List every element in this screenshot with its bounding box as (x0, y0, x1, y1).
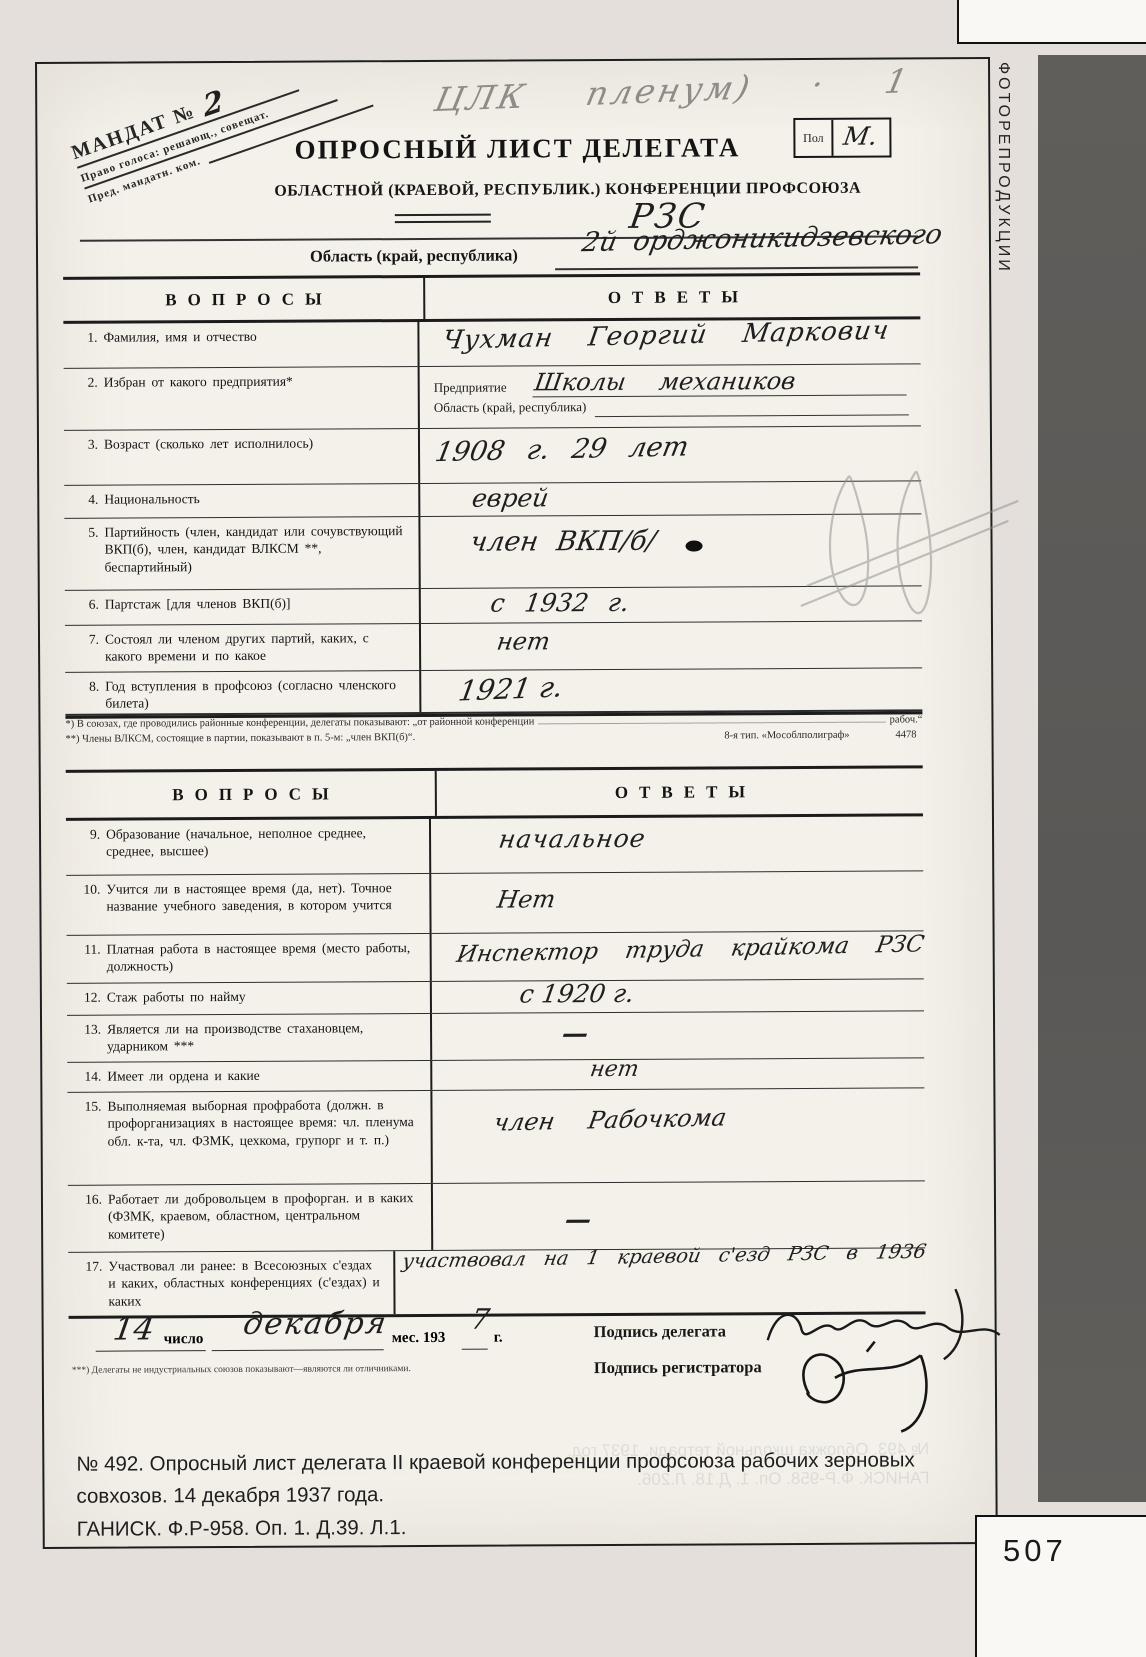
handwritten-answer: с 1920 г. (518, 979, 637, 1009)
question-text: Учится ли в настоящее время (да, нет). Т… (106, 879, 417, 935)
underline-decoration (395, 214, 491, 224)
question-cell: 6.Партстаж [для членов ВКП(б)] (65, 589, 419, 625)
answers-header: ОТВЕТЫ (424, 275, 921, 319)
question-cell: 8.Год вступления в профсоюз (согласно чл… (65, 671, 419, 716)
questionnaire-table-2: ВОПРОСЫ ОТВЕТЫ 9.Образование (начальное,… (66, 765, 926, 1318)
mandate-stamp: МАНДАТ №2 Право голоса: решающ., совещат… (65, 38, 364, 206)
handwritten-answer: нет (588, 1057, 640, 1082)
question-cell: 2.Избран от какого предприятия* (64, 367, 418, 430)
table-row: 10.Учится ли в настоящее время (да, нет)… (66, 871, 923, 935)
handwritten-answer: начальное (497, 824, 648, 854)
region-label: Область (край, республика) (310, 245, 518, 266)
question-number: 11. (75, 941, 107, 983)
handwritten-answer: член ВКП/б/ (468, 526, 658, 558)
table-row: 13.Является ли на производстве стахановц… (67, 1011, 924, 1062)
date-day-label: число (164, 1331, 204, 1348)
footnote-1-tail: рабоч.“ (890, 714, 923, 725)
handwritten-note: ЦЛК пленум) · 1 (431, 61, 914, 119)
date-month-label: мес. 193 (392, 1330, 446, 1347)
document-title: ОПРОСНЫЙ ЛИСТ ДЕЛЕГАТА (217, 132, 817, 166)
question-number: 12. (75, 989, 107, 1015)
question-text: Избран от какого предприятия* (104, 373, 293, 430)
question-number: 17. (76, 1258, 108, 1316)
date-year-digit: 7 (469, 1303, 492, 1336)
blank-line (212, 1349, 384, 1351)
answer-cell: — (430, 1011, 924, 1060)
handwritten-answer: — (560, 1019, 591, 1049)
footnote-2-text: **) Члены ВЛКСМ, состоящие в партии, пок… (66, 732, 416, 745)
dotted-leader (538, 722, 885, 725)
document-subtitle: ОБЛАСТНОЙ (КРАЕВОЙ, РЕСПУБЛИК.) КОНФЕРЕН… (233, 179, 903, 201)
handwritten-answer: Школы механиков (532, 366, 911, 397)
answer-cell: нет (419, 621, 922, 670)
question-text: Возраст (сколько лет исполнилось) (104, 435, 313, 485)
question-number: 15. (75, 1098, 107, 1185)
answer-cell: Чухман Георгий Маркович (417, 319, 920, 366)
table-row: 6.Партстаж [для членов ВКП(б)] с 1932 г. (65, 586, 922, 625)
questions-header: ВОПРОСЫ (63, 288, 423, 310)
print-info: 8-я тип. «Мособлполиграф» 4478 (724, 729, 922, 741)
question-cell: 11.Платная работа в настоящее время (мес… (67, 934, 430, 983)
table-row: 1.Фамилия, имя и отчество Чухман Георгий… (63, 319, 920, 368)
question-cell: 4.Национальность (64, 484, 418, 518)
question-cell: 12.Стаж работы по найму (67, 982, 430, 1015)
handwritten-answer: — (563, 1205, 594, 1235)
rule-line (555, 266, 918, 270)
question-text: Образование (начальное, неполное среднее… (106, 824, 417, 875)
gutter-bar (1038, 55, 1146, 1502)
registrar-signature-label: Подпись регистратора (594, 1357, 762, 1378)
question-number: 8. (73, 678, 105, 716)
question-cell: 16.Работает ли добровольцем в профорган.… (68, 1184, 431, 1252)
answer-cell: с 1920 г. (430, 979, 924, 1013)
question-number: 5. (72, 524, 104, 590)
handwritten-answer: с 1932 г. (489, 588, 632, 618)
print-house: 8-я тип. «Мособлполиграф» (724, 730, 849, 742)
question-number: 4. (72, 491, 104, 518)
table-header: ВОПРОСЫ ОТВЕТЫ (66, 768, 923, 820)
date-year-suffix: г. (494, 1330, 503, 1347)
answer-cell: Инспектор труда крайкома РЗС (430, 931, 924, 981)
blank-line (594, 400, 909, 417)
table-row: 15.Выполняемая выборная профработа (долж… (67, 1088, 924, 1185)
table-row: 3.Возраст (сколько лет исполнилось) 1908… (64, 426, 921, 485)
side-margin-label: ФОТОРЕПРОДУКЦИИ (994, 62, 1012, 274)
registrar-signature (779, 1331, 970, 1442)
ink-blot (686, 540, 703, 551)
print-number: 4478 (896, 729, 917, 740)
handwritten-answer: член Рабочкома (492, 1103, 729, 1136)
footnotes-block: *) В союзах, где проводились районные ко… (65, 709, 922, 744)
answer-cell: Нет (429, 871, 923, 933)
enterprise-label: Предприятие (434, 380, 507, 398)
photo-caption: № 492. Опросный лист делегата II краевой… (76, 1444, 931, 1546)
page-number: 507 (1003, 1533, 1146, 1569)
answers-header: ОТВЕТЫ (435, 768, 923, 816)
question-cell: 3.Возраст (сколько лет исполнилось) (64, 429, 418, 485)
blank-line (96, 1350, 206, 1352)
handwritten-answer: нет (495, 627, 552, 655)
question-number: 9. (74, 826, 106, 875)
answer-cell: — (431, 1181, 925, 1250)
caption-text: № 492. Опросный лист делегата II краевой… (76, 1444, 931, 1513)
table-header: ВОПРОСЫ ОТВЕТЫ (63, 275, 920, 323)
question-number: 1. (71, 329, 103, 368)
handwritten-answer: Нет (495, 885, 557, 913)
question-cell: 5.Партийность (член, кандидат или сочувс… (64, 517, 418, 590)
table-row: 12.Стаж работы по найму с 1920 г. (67, 979, 924, 1015)
footnote-3: ***) Делегаты не индустриальных союзов п… (72, 1363, 532, 1375)
handwritten-answer: 1921 г. (456, 670, 566, 707)
table-row: 7.Состоял ли членом других партий, каких… (65, 621, 922, 672)
question-text: Год вступления в профсоюз (согласно член… (105, 676, 407, 716)
table-row: 9.Образование (начальное, неполное средн… (66, 816, 923, 875)
mandate-number-value: 2 (201, 82, 226, 124)
answer-cell: нет (430, 1058, 924, 1090)
pencil-scribble (794, 457, 1025, 618)
region-sub-line: Область (край, республика) (420, 395, 921, 418)
handwritten-answer: еврей (470, 483, 551, 512)
region-sub-label: Область (край, республика) (434, 399, 587, 418)
question-number: 13. (75, 1021, 107, 1062)
question-cell: 9.Образование (начальное, неполное средн… (66, 819, 429, 875)
question-text: Партийность (член, кандидат или сочувств… (104, 522, 406, 590)
question-text: Состоял ли членом других партий, каких, … (105, 629, 407, 672)
question-number: 7. (73, 631, 105, 672)
handwritten-answer: 1908 г. 29 лет (433, 431, 692, 468)
question-cell: 7.Состоял ли членом других партий, каких… (65, 624, 419, 672)
answer-cell: член Рабочкома (430, 1088, 924, 1183)
date-month-value: декабря (241, 1306, 390, 1342)
question-text: Работает ли добровольцем в профорган. и … (108, 1189, 419, 1252)
page-number-box: 507 (975, 1515, 1146, 1657)
question-number: 2. (72, 374, 104, 430)
question-number: 16. (76, 1191, 108, 1252)
answer-cell: 1921 г. (419, 668, 922, 714)
question-number: 10. (74, 881, 106, 935)
question-text: Фамилия, имя и отчество (103, 328, 257, 368)
answer-cell: начальное (429, 816, 923, 873)
top-right-frame (957, 0, 1146, 44)
blank-line (462, 1349, 488, 1350)
question-cell: 13.Является ли на производстве стахановц… (67, 1014, 430, 1062)
question-cell: 14.Имеет ли ордена и какие (67, 1061, 430, 1092)
question-cell: 10.Учится ли в настоящее время (да, нет)… (66, 874, 429, 935)
question-number: 6. (73, 596, 105, 625)
date-day-value: 14 (111, 1309, 158, 1347)
question-cell: 1.Фамилия, имя и отчество (63, 322, 417, 368)
questions-header: ВОПРОСЫ (66, 783, 435, 805)
table-row: 8.Год вступления в профсоюз (согласно чл… (65, 668, 922, 715)
enterprise-line: Предприятие Школы механиков (420, 364, 921, 398)
question-text: Партстаж [для членов ВКП(б)] (105, 595, 291, 625)
question-text: Выполняемая выборная профработа (должн. … (107, 1096, 418, 1185)
table-row: 5.Партийность (член, кандидат или сочувс… (64, 514, 921, 590)
question-number: 3. (72, 436, 104, 485)
question-text: Национальность (104, 490, 200, 517)
handwritten-answer: Инспектор труда крайкома РЗС (455, 931, 926, 968)
question-cell: 15.Выполняемая выборная профработа (долж… (67, 1091, 430, 1185)
sex-value: М. (831, 120, 880, 156)
table-row: 4.Национальность еврей (64, 481, 921, 518)
handwritten-answer: Чухман Георгий Маркович (441, 316, 892, 356)
answer-cell: Предприятие Школы механиков Область (кра… (418, 364, 921, 428)
table-row: 2.Избран от какого предприятия* Предприя… (64, 364, 921, 430)
question-text: Является ли на производстве стахановцем,… (107, 1019, 418, 1062)
document-photo: ЦЛК пленум) · 1 МАНДАТ №2 Право голоса: … (35, 57, 998, 1549)
table-row: 14.Имеет ли ордена и какие нет (67, 1058, 924, 1092)
question-text: Имеет ли ордена и какие (107, 1067, 260, 1092)
delegate-signature-label: Подпись делегата (594, 1321, 726, 1342)
question-text: Стаж работы по найму (107, 988, 246, 1015)
question-number: 14. (75, 1068, 107, 1092)
caption-archive-ref: ГАНИСК. Ф.Р-958. Оп. 1. Д.39. Л.1. (77, 1509, 932, 1546)
question-text: Платная работа в настоящее время (место … (107, 939, 418, 983)
table-row: 11.Платная работа в настоящее время (мес… (67, 931, 924, 983)
